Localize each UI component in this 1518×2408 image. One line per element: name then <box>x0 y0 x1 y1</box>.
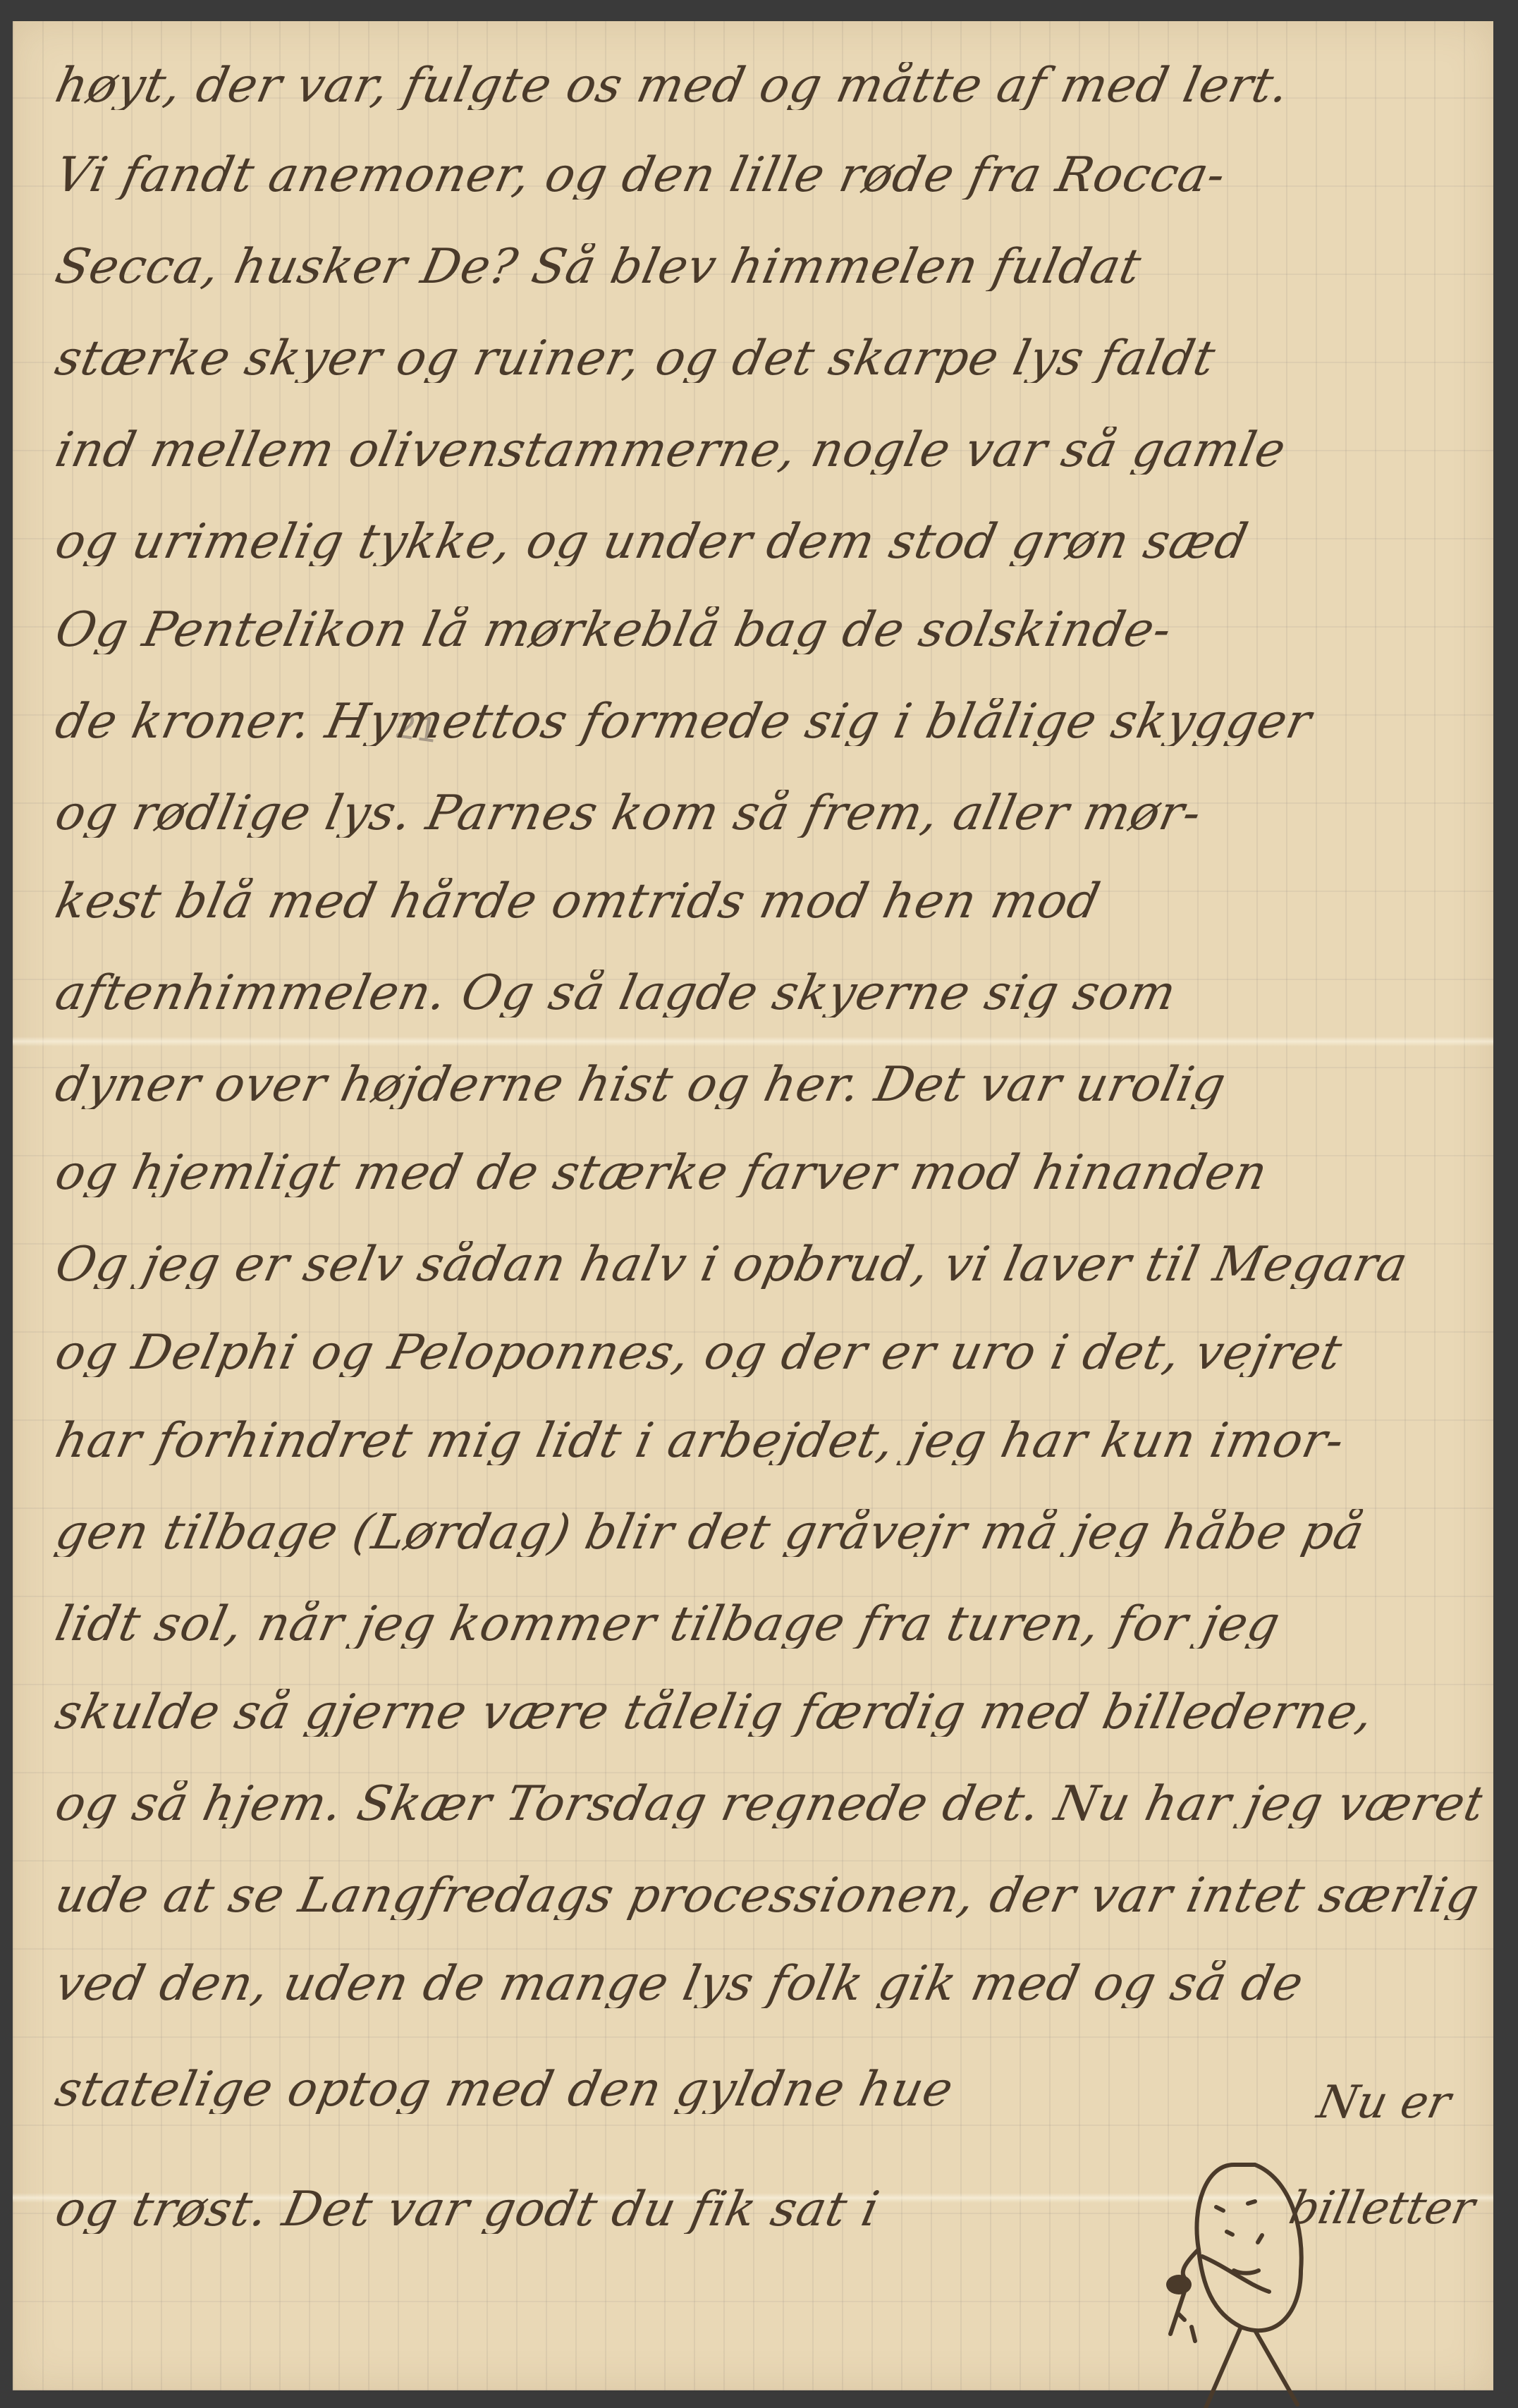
letter-line: og Delphi og Peloponnes, og der er uro i… <box>51 1329 1486 1377</box>
letter-line: statelige optog med den gyldne hue <box>51 2066 1133 2114</box>
letter-line: Vi fandt anemoner, og den lille røde fra… <box>51 152 1486 200</box>
letter-line: og hjemligt med de stærke farver mod hin… <box>51 1149 1486 1197</box>
letter-line: og trøst. Det var godt du fik sat i <box>51 2186 1133 2234</box>
letter-line: Secca, husker De? Så blev himmelen fulda… <box>51 243 1486 291</box>
letter-line: høyt, der var, fulgte os med og måtte af… <box>51 62 1486 110</box>
letter-line: ude at se Langfredags processionen, der … <box>51 1872 1486 1920</box>
letter-line: de kroner. Hymettos formede sig i blålig… <box>51 698 1486 746</box>
side-note-line: Nu er <box>1313 2077 1455 2129</box>
letter-line: kest blå med hårde omtrids mod hen mod <box>51 878 1486 926</box>
letter-line: ind mellem olivenstammerne, nogle var så… <box>51 427 1486 475</box>
letter-line: og så hjem. Skær Torsdag regnede det. Nu… <box>51 1780 1486 1828</box>
letter-line: dyner over højderne hist og her. Det var… <box>51 1061 1486 1109</box>
letter-line: skulde så gjerne være tålelig færdig med… <box>51 1689 1486 1737</box>
letter-line: har forhindret mig lidt i arbejdet, jeg … <box>51 1417 1486 1465</box>
letter-line: Og jeg er selv sådan halv i opbrud, vi l… <box>51 1241 1486 1289</box>
letter-line: aftenhimmelen. Og så lagde skyerne sig s… <box>51 970 1486 1017</box>
letter-line: Og Pentelikon lå mørkeblå bag de solskin… <box>51 606 1486 654</box>
letter-line: og rødlige lys. Parnes kom så frem, alle… <box>51 790 1486 838</box>
letter-line: lidt sol, når jeg kommer tilbage fra tur… <box>51 1601 1486 1649</box>
letter-line: stærke skyer og ruiner, og det skarpe ly… <box>51 335 1486 383</box>
paper-fold-crease <box>13 1037 1493 1046</box>
side-note-line: billetter <box>1285 2182 1479 2235</box>
letter-line: ved den, uden de mange lys folk gik med … <box>51 1960 1486 2008</box>
letter-line: gen tilbage (Lørdag) blir det gråvejr må… <box>51 1509 1486 1557</box>
letter-line: og urimelig tykke, og under dem stod grø… <box>51 518 1486 566</box>
